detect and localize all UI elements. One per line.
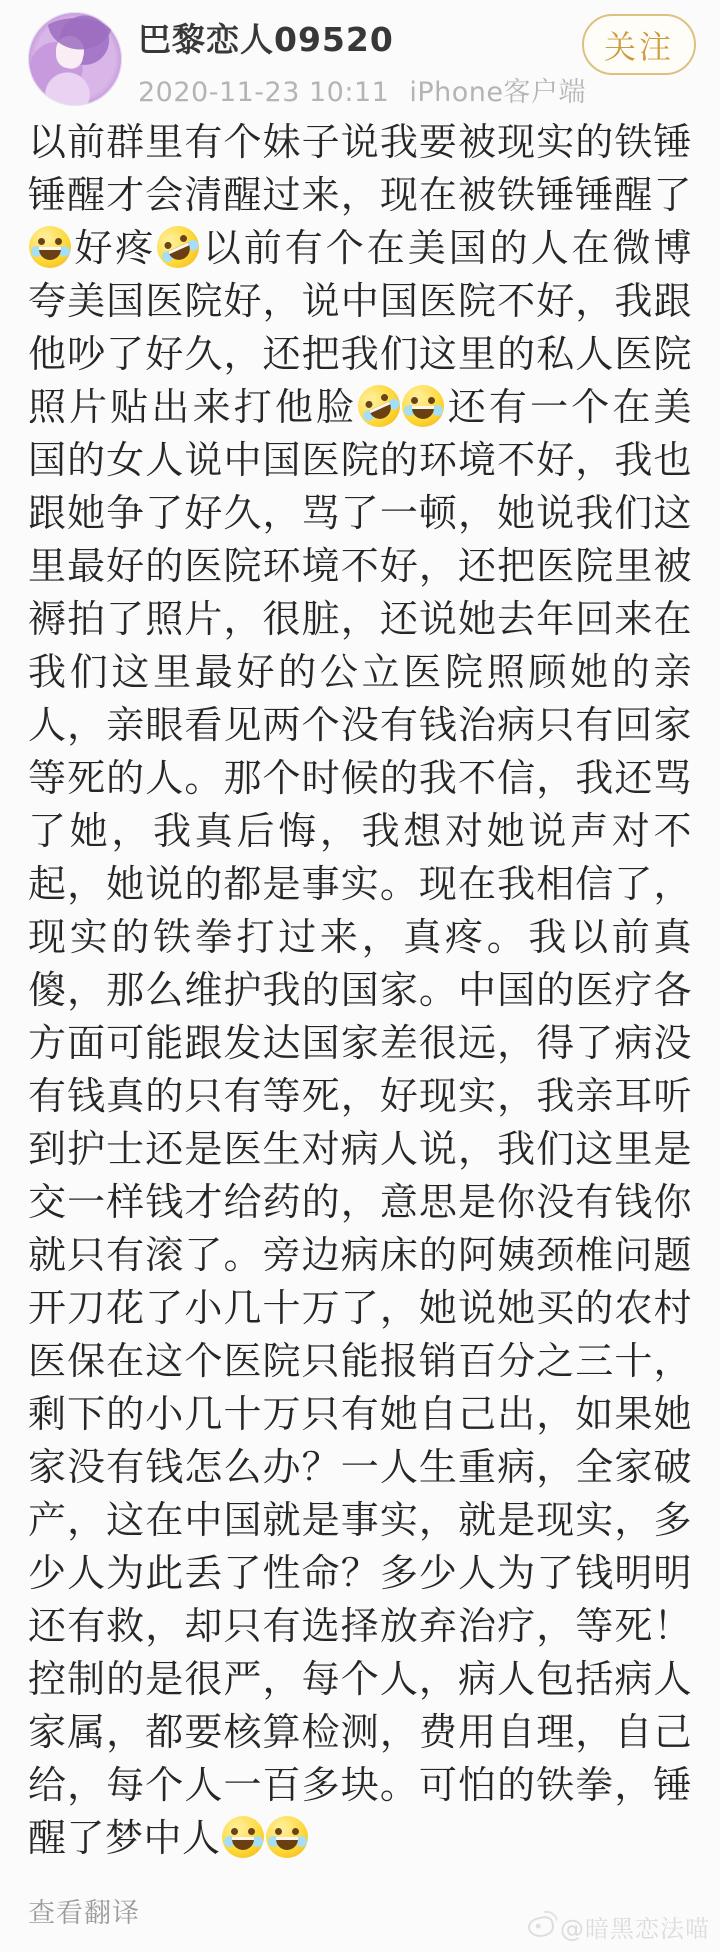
joy-emoji — [29, 226, 71, 268]
follow-button[interactable]: 关注 — [582, 14, 696, 75]
joy-tilted-emoji — [351, 378, 406, 433]
avatar[interactable] — [28, 12, 122, 106]
joy-tilted-emoji — [151, 219, 206, 274]
timestamp: 2020-11-23 10:11 — [138, 77, 389, 108]
watermark: @暗黑恋法喵 — [528, 1909, 710, 1944]
weibo-logo-icon — [526, 1914, 556, 1939]
post-source: iPhone客户端 — [409, 77, 586, 108]
translate-link[interactable]: 查看翻译 — [28, 1891, 140, 1930]
post-header: 巴黎恋人09520 2020-11-23 10:11iPhone客户端 关注 — [0, 0, 720, 110]
post-subline: 2020-11-23 10:11iPhone客户端 — [138, 70, 696, 109]
watermark-text: @暗黑恋法喵 — [560, 1909, 710, 1944]
post-body: 以前群里有个妹子说我要被现实的铁锤锤醒才会清醒过来，现在被铁锤锤醒了好疼以前有个… — [0, 116, 720, 1865]
joy-emoji — [402, 385, 444, 427]
joy-emoji — [266, 1816, 308, 1858]
joy-emoji — [222, 1816, 264, 1858]
weibo-post-page: 巴黎恋人09520 2020-11-23 10:11iPhone客户端 关注 以… — [0, 0, 720, 1952]
